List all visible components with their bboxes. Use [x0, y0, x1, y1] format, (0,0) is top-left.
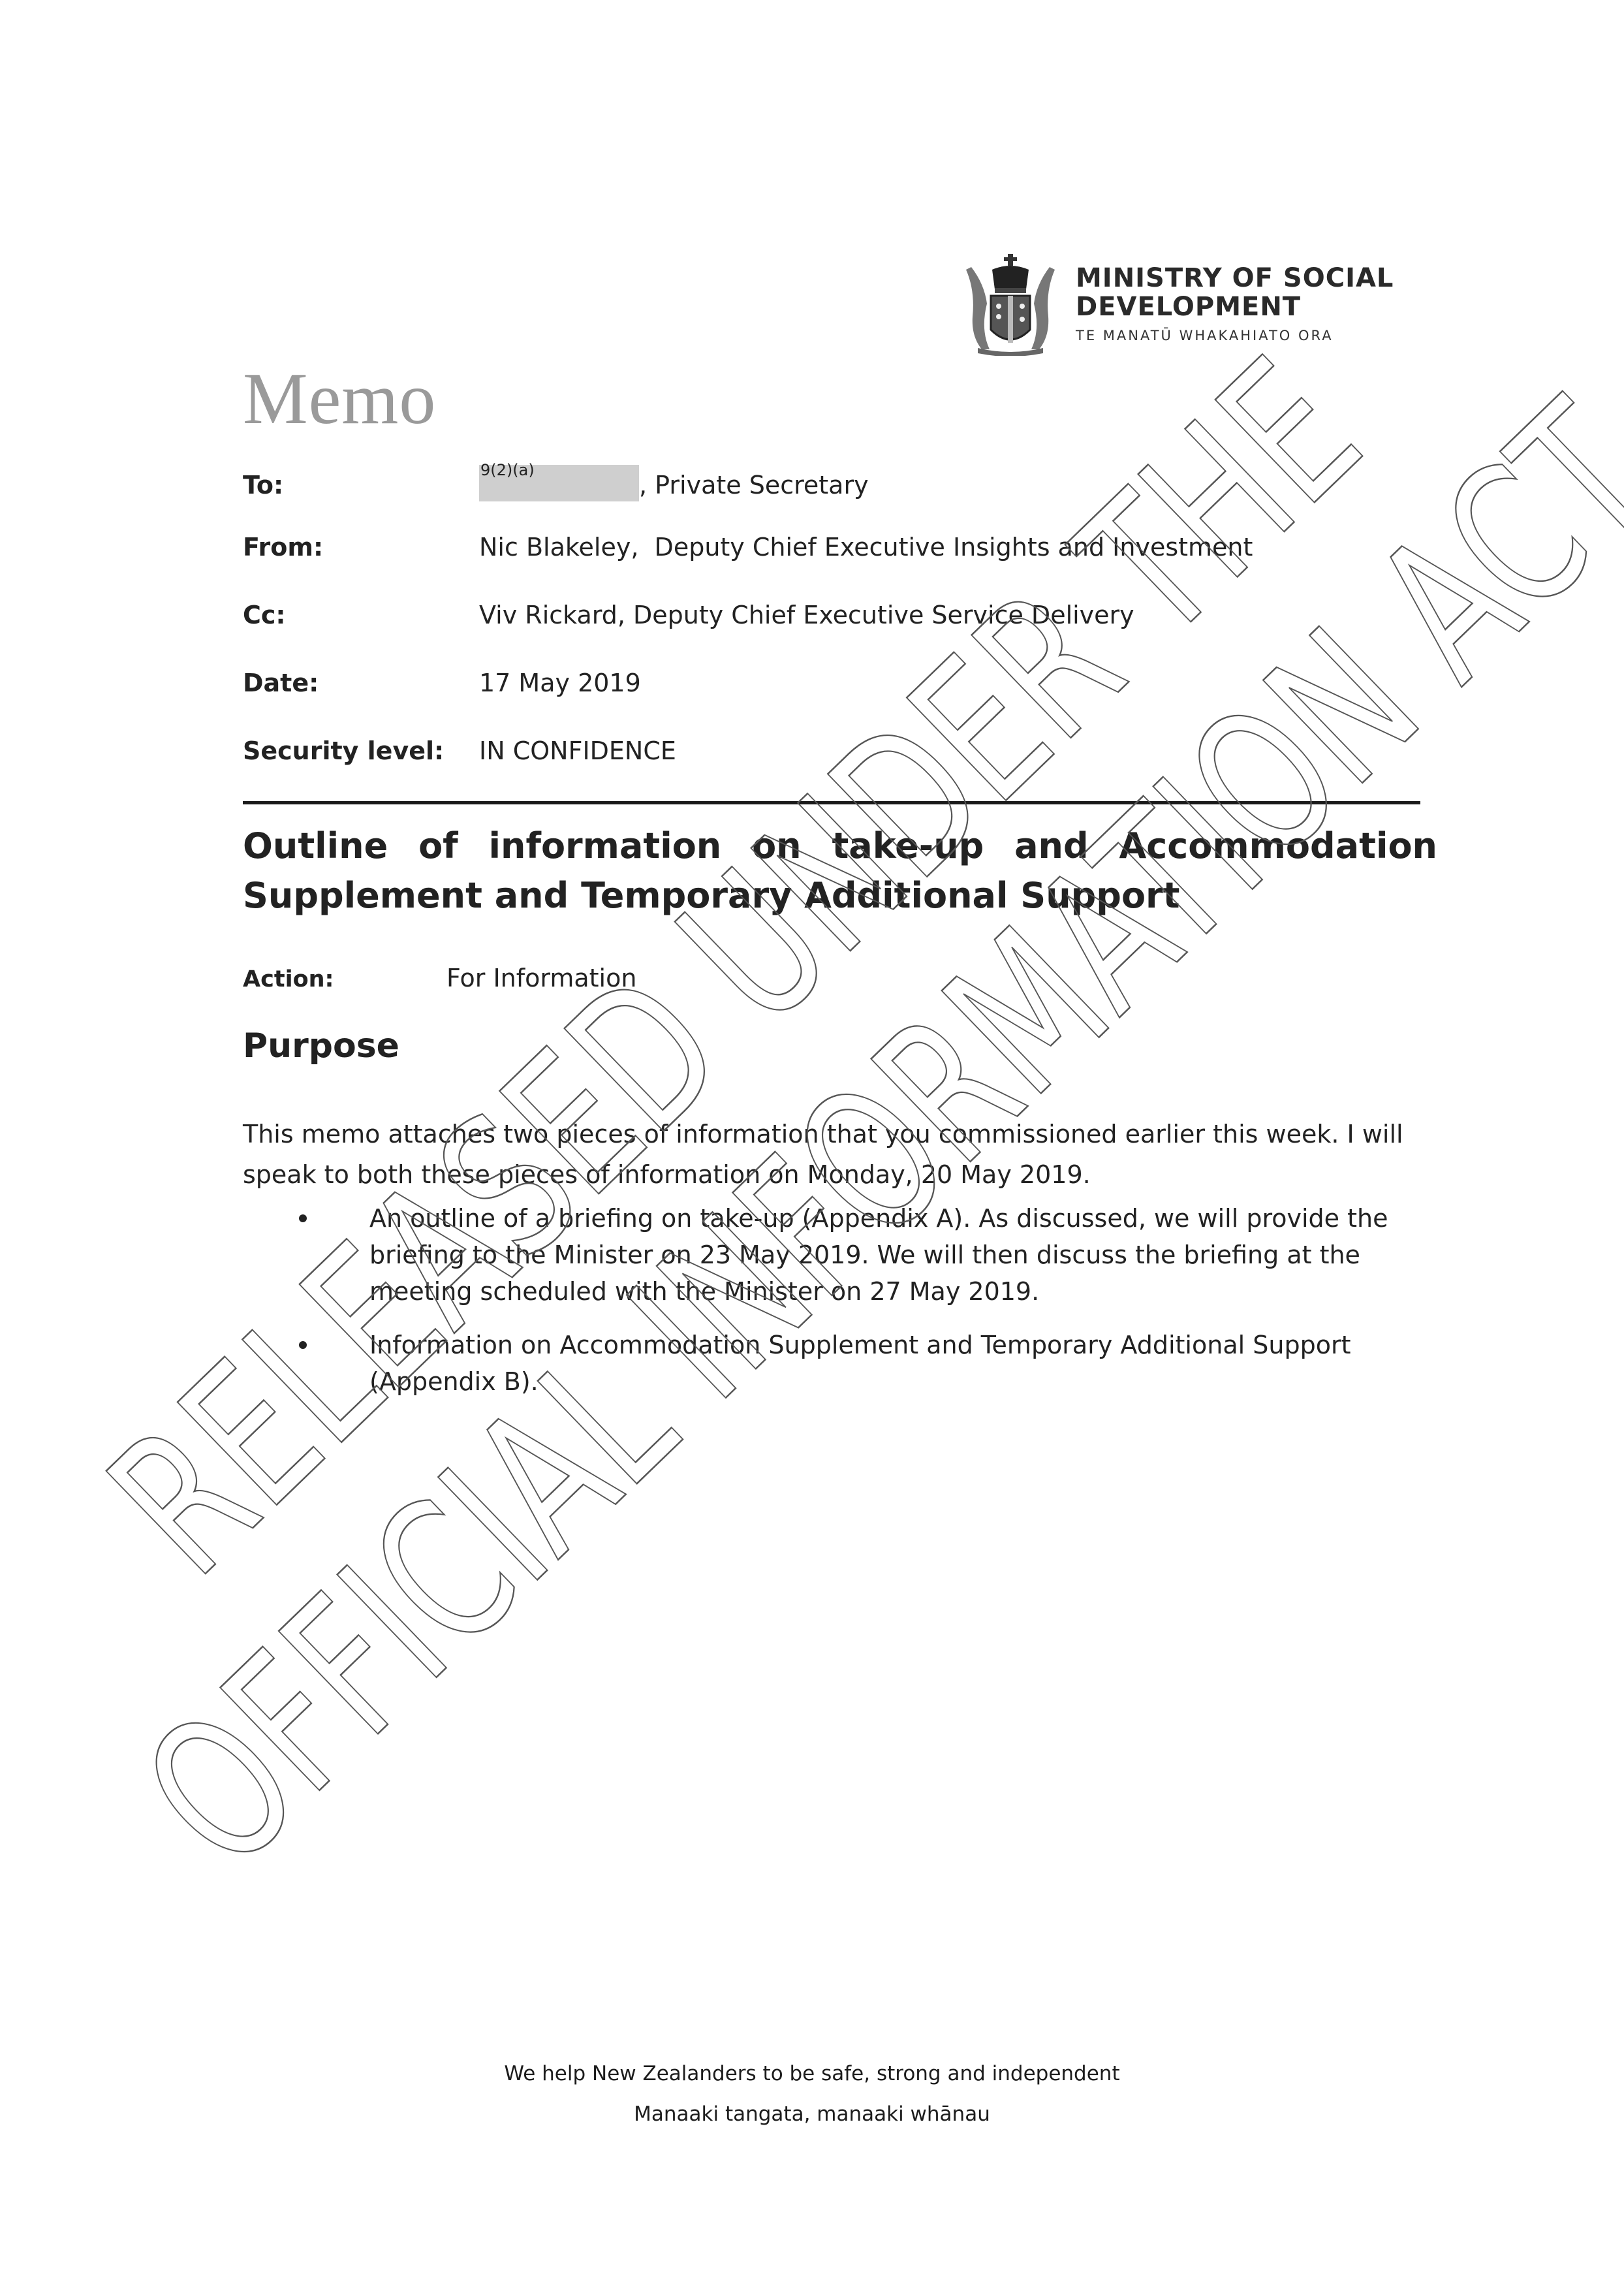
meta-to-value: 9(2)(a) , Private Secretary	[479, 465, 869, 501]
document-title: Outline of information on take-up and Ac…	[243, 821, 1437, 921]
action-row: Action: For Information	[243, 964, 636, 992]
meta-from-label: From:	[243, 533, 479, 562]
meta-cc-value: Viv Rickard, Deputy Chief Executive Serv…	[479, 601, 1134, 629]
bullet-item: Information on Accommodation Supplement …	[243, 1327, 1431, 1400]
meta-date-label: Date:	[243, 669, 479, 697]
purpose-paragraph: This memo attaches two pieces of informa…	[243, 1114, 1431, 1195]
meta-cc-label: Cc:	[243, 601, 479, 629]
action-label: Action:	[243, 966, 446, 992]
meta-cc: Cc: Viv Rickard, Deputy Chief Executive …	[243, 601, 1418, 669]
meta-date: Date: 17 May 2019	[243, 669, 1418, 736]
meta-to-text: , Private Secretary	[639, 471, 869, 499]
header-divider	[243, 801, 1420, 804]
memo-title: Memo	[243, 362, 436, 435]
action-value: For Information	[446, 964, 636, 992]
bullet-text: An outline of a briefing on take-up (App…	[369, 1204, 1388, 1306]
redaction-code: 9(2)(a)	[480, 461, 535, 479]
org-name-line2: DEVELOPMENT	[1076, 293, 1394, 321]
meta-security-value: IN CONFIDENCE	[479, 736, 676, 765]
ministry-logo: MINISTRY OF SOCIAL DEVELOPMENT TE MANATŪ…	[958, 251, 1394, 356]
purpose-heading: Purpose	[243, 1026, 399, 1066]
bullet-icon	[299, 1214, 307, 1222]
meta-security: Security level: IN CONFIDENCE	[243, 736, 1418, 804]
nz-coat-of-arms-icon	[958, 251, 1063, 356]
purpose-bullets: An outline of a briefing on take-up (App…	[243, 1200, 1431, 1417]
footer-tagline: We help New Zealanders to be safe, stron…	[0, 2062, 1624, 2085]
meta-to: To: 9(2)(a) , Private Secretary	[243, 465, 1418, 533]
meta-security-label: Security level:	[243, 736, 479, 765]
redaction-box: 9(2)(a)	[479, 465, 639, 501]
meta-date-value: 17 May 2019	[479, 669, 641, 697]
meta-to-label: To:	[243, 471, 479, 499]
bullet-text: Information on Accommodation Supplement …	[369, 1331, 1351, 1396]
org-name-line1: MINISTRY OF SOCIAL	[1076, 264, 1394, 293]
bullet-icon	[299, 1341, 307, 1349]
bullet-item: An outline of a briefing on take-up (App…	[243, 1200, 1431, 1310]
org-subtitle: TE MANATŪ WHAKAHIATO ORA	[1076, 328, 1394, 343]
meta-from: From: Nic Blakeley, Deputy Chief Executi…	[243, 533, 1418, 601]
memo-meta: To: 9(2)(a) , Private Secretary From: Ni…	[243, 465, 1418, 804]
footer-maori-tagline: Manaaki tangata, manaaki whānau	[0, 2102, 1624, 2126]
meta-from-value: Nic Blakeley, Deputy Chief Executive Ins…	[479, 533, 1253, 562]
